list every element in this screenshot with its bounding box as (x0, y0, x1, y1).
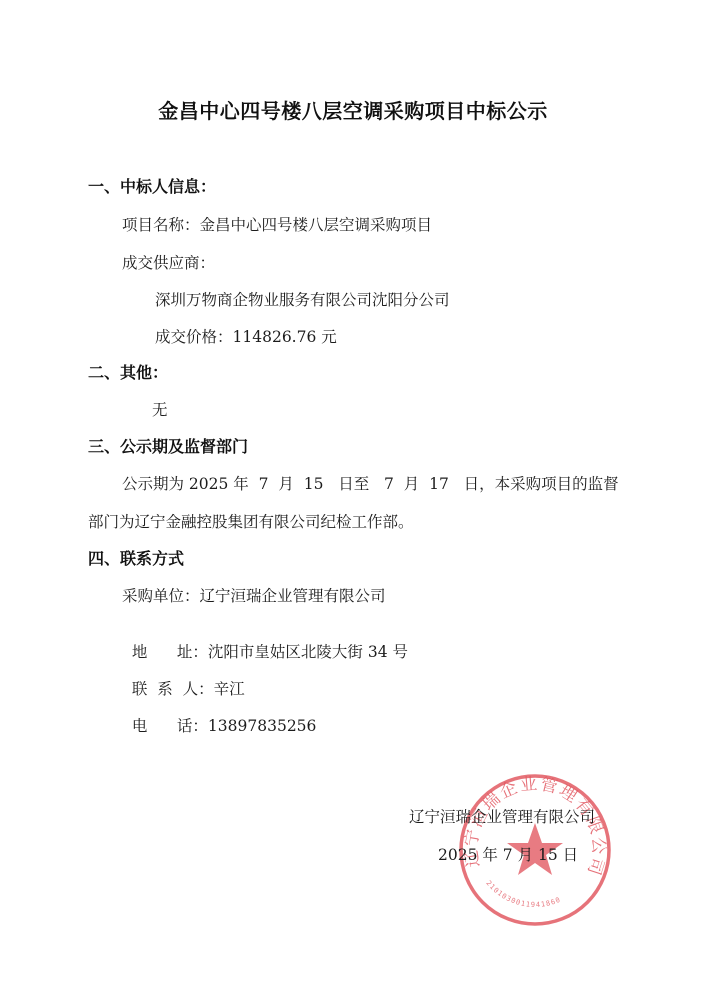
supplier-value: 深圳万物商企物业服务有限公司沈阳分公司 (155, 288, 450, 310)
project-name-value: 金昌中心四号楼八层空调采购项目 (200, 216, 433, 234)
publicity-period-line2: 部门为辽宁金融控股集团有限公司纪检工作部。 (88, 510, 414, 532)
price-value: 114826.76 元 (233, 328, 337, 346)
price-label: 成交价格： (155, 328, 233, 346)
supplier-label: 成交供应商： (122, 251, 215, 273)
contact-row: 联 系 人：辛江 (122, 659, 245, 699)
publicity-period-line1: 公示期为 2025 年 7 月 15 日至 7 月 17 日，本采购项目的监督 (122, 472, 619, 494)
svg-text:2101030011941860: 2101030011941860 (484, 879, 562, 909)
phone-row: 电 话：13897835256 (122, 696, 316, 736)
purchaser-label: 采购单位： (122, 587, 200, 605)
section-3-heading: 三、公示期及监督部门 (88, 434, 248, 457)
purchaser-row: 采购单位：辽宁洹瑞企业管理有限公司 (122, 584, 386, 606)
signature-company: 辽宁洹瑞企业管理有限公司 (409, 805, 595, 827)
project-name-label: 项目名称： (122, 216, 200, 234)
section-4-heading: 四、联系方式 (88, 546, 184, 569)
purchaser-value: 辽宁洹瑞企业管理有限公司 (200, 587, 386, 605)
phone-label: 电 话： (132, 717, 208, 735)
phone-value: 13897835256 (208, 717, 316, 735)
section-2-heading: 二、其他： (88, 360, 168, 383)
page-title: 金昌中心四号楼八层空调采购项目中标公示 (0, 95, 706, 124)
price-row: 成交价格：114826.76 元 (155, 325, 337, 347)
other-content: 无 (152, 398, 168, 420)
section-1-heading: 一、中标人信息： (88, 174, 216, 197)
project-name-row: 项目名称：金昌中心四号楼八层空调采购项目 (122, 213, 432, 235)
address-row: 地 址：沈阳市皇姑区北陵大街 34 号 (122, 622, 408, 662)
signature-date: 2025 年 7 月 15 日 (438, 843, 578, 865)
